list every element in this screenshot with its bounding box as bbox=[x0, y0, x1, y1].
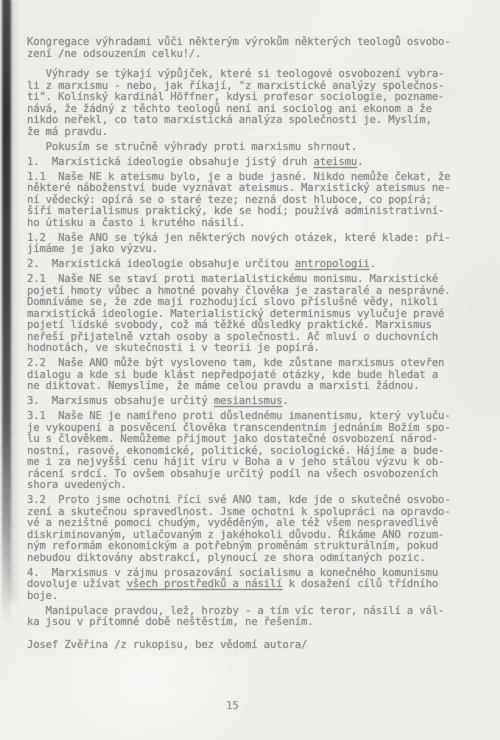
heading-3: 3. Marxismus obsahuje určitý mesianismus… bbox=[27, 396, 477, 408]
text-run: šíří materialismus praktický, kde se hod… bbox=[27, 205, 444, 217]
text-run: nává, že žádný z těchto teologů není ani… bbox=[27, 103, 432, 115]
text-line: jímáme je jako výzvu. bbox=[27, 244, 477, 256]
text-run: pojetí hmoty vůbec a hmotné povahy člově… bbox=[27, 285, 451, 297]
text-run: 3. Marxismus obsahuje určitý bbox=[27, 395, 214, 407]
text-line: hodnotách, ve skutečnosti i v teorii je … bbox=[27, 343, 477, 355]
para-3-2: 3.2 Proto jsme ochotni říci své ANO tam,… bbox=[27, 495, 477, 564]
text-run: . bbox=[357, 156, 363, 168]
text-run: nikdo neřekl, co tato marxistická analýz… bbox=[27, 114, 432, 126]
text-run: dovoluje užívat bbox=[27, 578, 127, 590]
text-run: jímáme je jako výzvu. bbox=[27, 243, 158, 255]
text-run: diskriminovaným, utlačovaným z jakéhokol… bbox=[27, 529, 444, 541]
text-run: shora uvedených. bbox=[27, 479, 127, 491]
text-run: 4. Marxismus v zájmu prosazování sociali… bbox=[27, 567, 438, 579]
text-run: 2.2 Naše ANO může být vysloveno tam, kde… bbox=[27, 357, 444, 369]
text-run: Pokusím se stručně výhrady proti marxism… bbox=[27, 141, 357, 153]
text-run: je vykoupení a posvěcení člověka transce… bbox=[27, 422, 451, 434]
text-line: 3. Marxismus obsahuje určitý mesianismus… bbox=[27, 396, 477, 408]
text-run: 1.2 Naše ANO se týká jen některých novýc… bbox=[27, 232, 451, 244]
text-run: ti". Kolínský kardinál Höffner, kdysi pr… bbox=[27, 91, 444, 103]
text-run: pojetí lidské svobody, což má těžké důsl… bbox=[27, 319, 432, 331]
document-text: Kongregace výhradami vůči některým výrok… bbox=[27, 37, 477, 655]
para-1-1: 1.1 Naše NE k ateismu bylo, je a bude ja… bbox=[27, 172, 477, 230]
text-run: Manipulace pravdou, lež, hrozby - a tím … bbox=[27, 605, 444, 617]
para-1-2: 1.2 Naše ANO se týká jen některých novýc… bbox=[27, 233, 477, 256]
heading-1: 1. Marxistická ideologie obsahuje jistý … bbox=[27, 157, 477, 169]
text-run: hodnotách, ve skutečnosti i v teorii je … bbox=[27, 342, 320, 354]
para-2-2: 2.2 Naše ANO může být vysloveno tam, kde… bbox=[27, 358, 477, 393]
para-3-1: 3.1 Naše NE je namířeno proti důslednému… bbox=[27, 411, 477, 492]
text-run: 3.1 Naše NE je namířeno proti důslednému… bbox=[27, 410, 451, 422]
text-run: zení a skutečnou spravedlnost. Jsme ocho… bbox=[27, 506, 451, 518]
underlined-text: všech prostředků a násilí bbox=[127, 578, 283, 590]
text-run: vé a nezištné pomoci chudým, vyděděným, … bbox=[27, 517, 438, 529]
text-line: dovoluje užívat všech prostředků a násil… bbox=[27, 579, 477, 591]
text-run: 2. Marxistická ideologie obsahuje určito… bbox=[27, 258, 295, 270]
text-line: že má pravdu. bbox=[27, 127, 477, 139]
text-line: 2. Marxistická ideologie obsahuje určito… bbox=[27, 259, 477, 271]
text-run: nostní, rasové, ekonomické, politické, s… bbox=[27, 445, 444, 457]
text-line: Josef Zvěřina /z rukopisu, bez vědomí au… bbox=[27, 640, 477, 652]
text-run: Kongregace výhradami vůči některým výrok… bbox=[27, 36, 451, 48]
text-line: Pokusím se stručně výhrady proti marxism… bbox=[27, 142, 477, 154]
text-line: ka jsou v přítomné době neštěstím, ne ře… bbox=[27, 617, 477, 629]
para-2-1: 2.1 Naše NE se staví proti materialistic… bbox=[27, 274, 477, 355]
text-run: Výhrady se týkají výpůjček, které si teo… bbox=[27, 68, 444, 80]
text-run: 1. Marxistická ideologie obsahuje jistý … bbox=[27, 156, 314, 168]
text-run: Domníváme se, že zde mají rozhodující sl… bbox=[27, 296, 438, 308]
document-page: Kongregace výhradami vůči některým výrok… bbox=[0, 0, 500, 740]
text-run: li z marxismu - nebo, jak říkají, "z mar… bbox=[27, 80, 444, 92]
text-run: ka jsou v přítomné době neštěstím, ne ře… bbox=[27, 616, 314, 628]
text-run: neřeší přijatelně vztah osoby a společno… bbox=[27, 331, 438, 343]
para-4: 4. Marxismus v zájmu prosazování sociali… bbox=[27, 568, 477, 603]
text-run: k dosažení cílů třídního bbox=[282, 578, 438, 590]
text-line: zení /ne odsouzením celku!/. bbox=[27, 49, 477, 61]
text-line: 1. Marxistická ideologie obsahuje jistý … bbox=[27, 157, 477, 169]
text-line: boje. bbox=[27, 591, 477, 603]
text-line: ne diktovat. Nemyslíme, že máme celou pr… bbox=[27, 381, 477, 393]
page-spine-shadow-soft bbox=[9, 0, 19, 600]
text-run: rácení srdcí. To ovšem obsahuje určitý p… bbox=[27, 468, 438, 480]
text-run: lu s člověkem. Nemůžeme přijmout jako do… bbox=[27, 433, 438, 445]
text-run: marxistická ideologie. Materialistický d… bbox=[27, 308, 444, 320]
text-run: me i za nejvyšší cenu hájit víru v Boha … bbox=[27, 456, 444, 468]
underlined-text: mesianismus bbox=[214, 395, 283, 407]
text-run: 3.2 Proto jsme ochotni říci své ANO tam,… bbox=[27, 494, 451, 506]
text-line: shora uvedených. bbox=[27, 480, 477, 492]
underlined-text: ateismu bbox=[314, 156, 358, 168]
text-run: že má pravdu. bbox=[27, 126, 108, 138]
text-line: ho útisku a často i krutého násilí. bbox=[27, 218, 477, 230]
text-line: nebudou diktovány abstrakcí, plynoucí ze… bbox=[27, 553, 477, 565]
page-number: 15 bbox=[226, 700, 239, 712]
text-run: Josef Zvěřina /z rukopisu, bez vědomí au… bbox=[27, 639, 307, 651]
para-signature: Josef Zvěřina /z rukopisu, bez vědomí au… bbox=[27, 640, 477, 652]
text-run: ho útisku a často i krutého násilí. bbox=[27, 217, 245, 229]
text-run: 2.1 Naše NE se staví proti materialistic… bbox=[27, 273, 438, 285]
text-run: ne diktovat. Nemyslíme, že máme celou pr… bbox=[27, 380, 419, 392]
text-run: boje. bbox=[27, 590, 58, 602]
text-run: ným reformám ekonomickým a potřebným pro… bbox=[27, 540, 438, 552]
text-run: . bbox=[282, 395, 288, 407]
text-run: ní vědecký: opírá se o staré teze; nezná… bbox=[27, 194, 432, 206]
text-run: zení /ne odsouzením celku!/. bbox=[27, 48, 201, 60]
text-run: některé náboženství bude vyznávat ateism… bbox=[27, 182, 451, 194]
para-vyhrady: Výhrady se týkají výpůjček, které si teo… bbox=[27, 69, 477, 138]
heading-2: 2. Marxistická ideologie obsahuje určito… bbox=[27, 259, 477, 271]
text-run: dialogu a kde si bude klást nepředpojaté… bbox=[27, 369, 438, 381]
para-manipulace: Manipulace pravdou, lež, hrozby - a tím … bbox=[27, 606, 477, 629]
text-run: 1.1 Naše NE k ateismu bylo, je a bude ja… bbox=[27, 171, 451, 183]
para-pokusim: Pokusím se stručně výhrady proti marxism… bbox=[27, 142, 477, 154]
text-run: . bbox=[370, 258, 376, 270]
text-run: nebudou diktovány abstrakcí, plynoucí ze… bbox=[27, 552, 426, 564]
underlined-text: antropologii bbox=[295, 258, 370, 270]
para-congregation: Kongregace výhradami vůči některým výrok… bbox=[27, 37, 477, 60]
